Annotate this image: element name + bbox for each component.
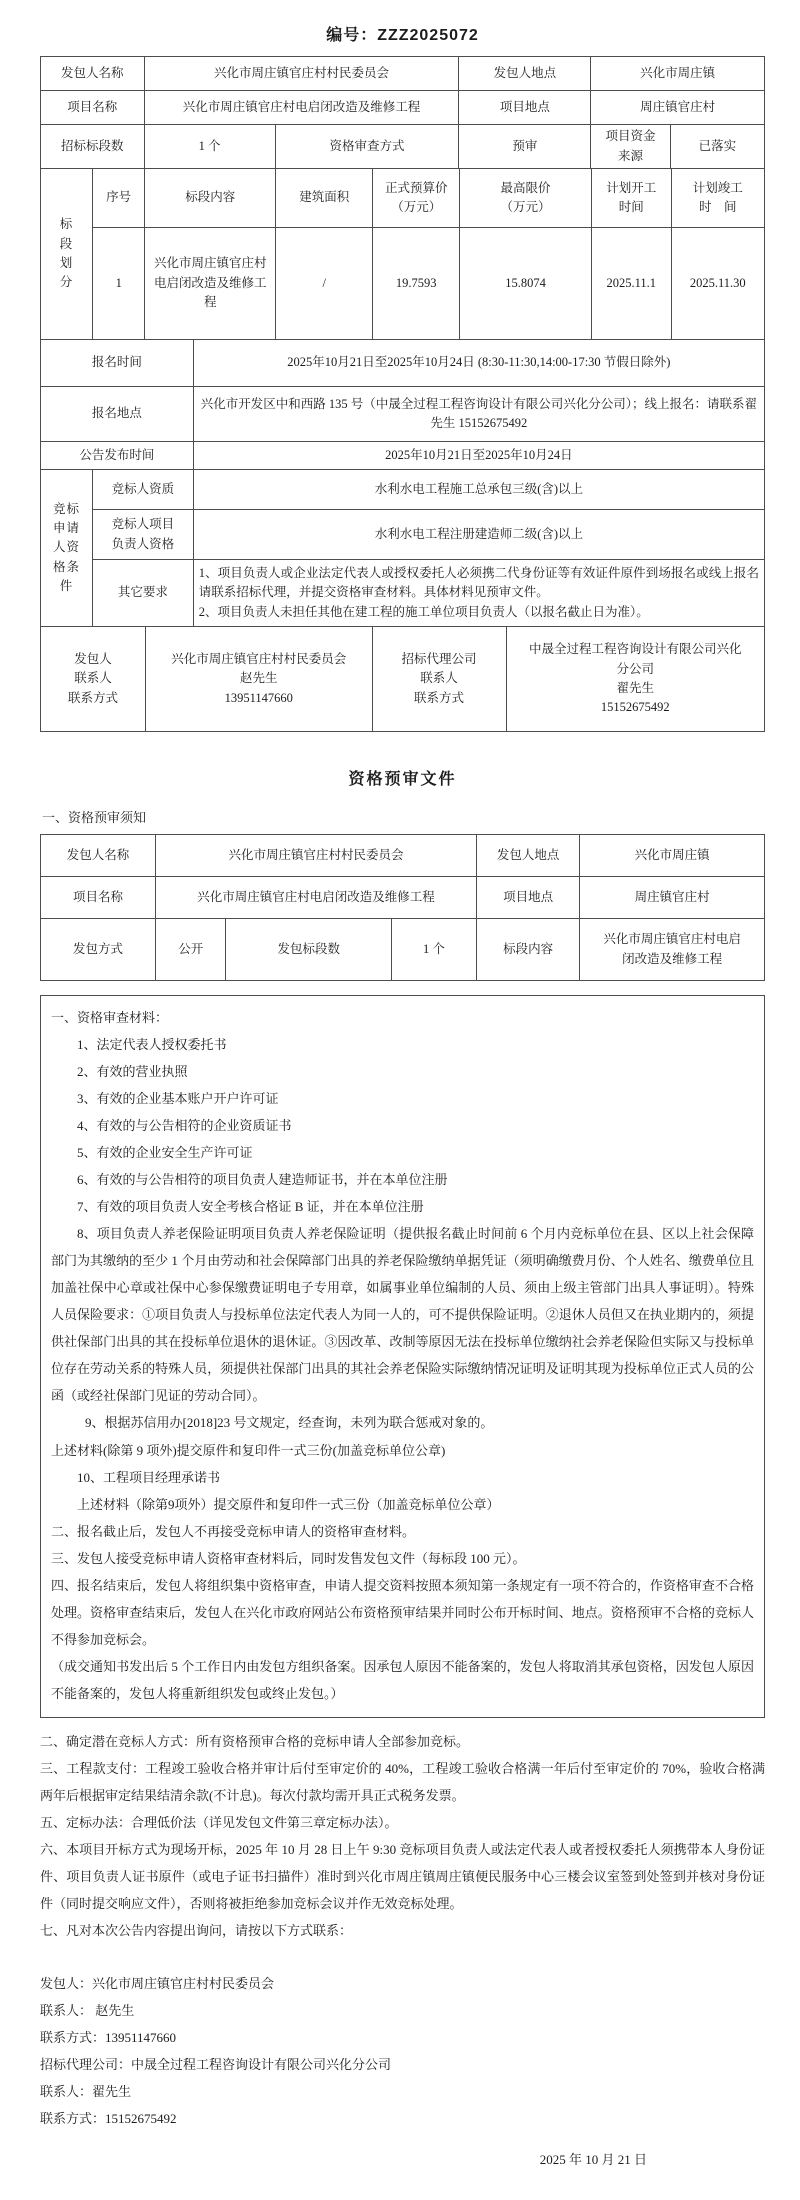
end-date-header: 计划竣工 时 间 bbox=[671, 169, 764, 228]
announcement-table-sections: 标 段 划 分 序号 标段内容 建筑面积 正式预算价 （万元） 最高限价 （万元… bbox=[40, 168, 765, 340]
boxed-line: 5、有效的企业安全生产许可证 bbox=[51, 1139, 754, 1166]
notice-box: 一、资格审查材料： 1、法定代表人授权委托书 2、有效的营业执照 3、有效的企业… bbox=[40, 995, 765, 1718]
prequalification-title: 资格预审文件 bbox=[40, 766, 765, 789]
project-location-value: 周庄镇官庄村 bbox=[580, 877, 765, 919]
boxed-line: 一、资格审查材料： bbox=[51, 1004, 754, 1031]
section-count-value: 1 个 bbox=[144, 125, 275, 169]
contact-line: 联系人：翟先生 bbox=[40, 2078, 765, 2105]
boxed-line: 3、有效的企业基本账户开户许可证 bbox=[51, 1085, 754, 1112]
fund-source-label: 项目资金 来源 bbox=[591, 125, 671, 169]
pm-qualification-value: 水利水电工程注册建造师二级(含)以上 bbox=[193, 510, 764, 560]
bidder-qualification-value: 水利水电工程施工总承包三级(含)以上 bbox=[193, 470, 764, 510]
bidder-qualification-label: 竞标人资质 bbox=[93, 470, 194, 510]
signup-time-label: 报名时间 bbox=[41, 340, 194, 387]
area-value: / bbox=[276, 228, 373, 340]
project-name-label: 项目名称 bbox=[41, 91, 145, 125]
section-count-label: 招标标段数 bbox=[41, 125, 145, 169]
budget-header: 正式预算价 （万元） bbox=[373, 169, 460, 228]
owner-location-label: 发包人地点 bbox=[476, 835, 580, 877]
boxed-line: 上述材料（除第9项外）提交原件和复印件一式三份（加盖竞标单位公章） bbox=[51, 1491, 754, 1518]
doc-number: 编号：ZZZ2025072 bbox=[40, 22, 765, 45]
seq-value: 1 bbox=[93, 228, 145, 340]
other-requirements-label: 其它要求 bbox=[93, 560, 194, 627]
notice-line: 七、凡对本次公告内容提出询问，请按以下方式联系： bbox=[40, 1917, 765, 1944]
agent-contact-value: 中晟全过程工程咨询设计有限公司兴化 分公司 翟先生 15152675492 bbox=[506, 627, 764, 732]
award-section-count-label: 发包标段数 bbox=[226, 919, 392, 981]
qual-method-value: 预审 bbox=[459, 125, 591, 169]
owner-location-value: 兴化市周庄镇 bbox=[580, 835, 765, 877]
seq-header: 序号 bbox=[93, 169, 145, 228]
boxed-line: 二、报名截止后，发包人不再接受竞标申请人的资格审查材料。 bbox=[51, 1518, 754, 1545]
boxed-line: 9、根据苏信用办[2018]23 号文规定，经查询，未列为联合惩戒对象的。 bbox=[51, 1409, 754, 1436]
project-location-label: 项目地点 bbox=[476, 877, 580, 919]
boxed-line: 四、报名结束后，发包人将组织集中资格审查，申请人提交资料按照本须知第一条规定有一… bbox=[51, 1572, 754, 1653]
boxed-line: 10、工程项目经理承诺书 bbox=[51, 1464, 754, 1491]
boxed-line: 2、有效的营业执照 bbox=[51, 1058, 754, 1085]
owner-location-label: 发包人地点 bbox=[459, 57, 591, 91]
boxed-line: （成交通知书发出后 5 个工作日内由发包方组织备案。因承包人原因不能备案的，发包… bbox=[51, 1653, 754, 1707]
qual-method-label: 资格审查方式 bbox=[275, 125, 459, 169]
boxed-line: 三、发包人接受竞标申请人资格审查材料后，同时发售发包文件（每标段 100 元）。 bbox=[51, 1545, 754, 1572]
notice-line: 六、本项目开标方式为现场开标，2025 年 10 月 28 日上午 9:30 竞… bbox=[40, 1836, 765, 1917]
signup-place-label: 报名地点 bbox=[41, 387, 194, 442]
project-location-label: 项目地点 bbox=[459, 91, 591, 125]
notice-line: 三、工程款支付：工程竣工验收合格并审计后付至审定价的 40%，工程竣工验收合格满… bbox=[40, 1755, 765, 1809]
contact-block: 发包人：兴化市周庄镇官庄村村民委员会 联系人： 赵先生 联系方式：1395114… bbox=[40, 1970, 765, 2132]
project-name-value: 兴化市周庄镇官庄村电启闭改造及维修工程 bbox=[144, 91, 459, 125]
boxed-line: 6、有效的与公告相符的项目负责人建造师证书，并在本单位注册 bbox=[51, 1166, 754, 1193]
owner-name-label: 发包人名称 bbox=[41, 835, 156, 877]
agent-contact-label: 招标代理公司 联系人 联系方式 bbox=[372, 627, 506, 732]
announcement-table-basic: 发包人名称 兴化市周庄镇官庄村村民委员会 发包人地点 兴化市周庄镇 项目名称 兴… bbox=[40, 56, 765, 169]
announcement-table-signup: 报名时间 2025年10月21日至2025年10月24日 (8:30-11:30… bbox=[40, 339, 765, 470]
document-page: 编号：ZZZ2025072 发包人名称 兴化市周庄镇官庄村村民委员会 发包人地点… bbox=[0, 0, 800, 2200]
section-division-label: 标 段 划 分 bbox=[41, 169, 93, 340]
content-value: 兴化市周庄镇官庄村电启闭改造及维修工程 bbox=[145, 228, 276, 340]
start-date-header: 计划开工 时间 bbox=[591, 169, 671, 228]
signup-time-value: 2025年10月21日至2025年10月24日 (8:30-11:30,14:0… bbox=[193, 340, 764, 387]
start-date-value: 2025.11.1 bbox=[591, 228, 671, 340]
table-row: 1 兴化市周庄镇官庄村电启闭改造及维修工程 / 19.7593 15.8074 … bbox=[41, 228, 765, 340]
contact-line: 发包人：兴化市周庄镇官庄村村民委员会 bbox=[40, 1970, 765, 1997]
owner-location-value: 兴化市周庄镇 bbox=[591, 57, 765, 91]
project-name-value: 兴化市周庄镇官庄村电启闭改造及维修工程 bbox=[156, 877, 477, 919]
cap-value: 15.8074 bbox=[460, 228, 592, 340]
announcement-table-contacts: 发包人 联系人 联系方式 兴化市周庄镇官庄村村民委员会 赵先生 13951147… bbox=[40, 626, 765, 732]
content-header: 标段内容 bbox=[145, 169, 276, 228]
prequal-notice-heading: 一、资格预审须知 bbox=[42, 807, 765, 826]
pm-qualification-label: 竞标人项目 负责人资格 bbox=[93, 510, 194, 560]
contact-line: 招标代理公司：中晟全过程工程咨询设计有限公司兴化分公司 bbox=[40, 2051, 765, 2078]
section-content-value: 兴化市周庄镇官庄村电启 闭改造及维修工程 bbox=[580, 919, 765, 981]
signup-place-value: 兴化市开发区中和西路 135 号（中晟全过程工程咨询设计有限公司兴化分公司）；线… bbox=[193, 387, 764, 442]
boxed-line: 1、法定代表人授权委托书 bbox=[51, 1031, 754, 1058]
boxed-line: 上述材料(除第 9 项外)提交原件和复印件一式三份(加盖竞标单位公章) bbox=[51, 1437, 754, 1464]
notice-line: 五、定标办法：合理低价法（详见发包文件第三章定标办法）。 bbox=[40, 1809, 765, 1836]
owner-contact-value: 兴化市周庄镇官庄村村民委员会 赵先生 13951147660 bbox=[145, 627, 372, 732]
owner-contact-label: 发包人 联系人 联系方式 bbox=[41, 627, 146, 732]
boxed-line: 4、有效的与公告相符的企业资质证书 bbox=[51, 1112, 754, 1139]
cap-header: 最高限价 （万元） bbox=[460, 169, 592, 228]
boxed-line: 8、项目负责人养老保险证明项目负责人养老保险证明（提供报名截止时间前 6 个月内… bbox=[51, 1220, 754, 1409]
award-method-label: 发包方式 bbox=[41, 919, 156, 981]
area-header: 建筑面积 bbox=[276, 169, 373, 228]
section-content-label: 标段内容 bbox=[476, 919, 580, 981]
bid-applicant-qualification-label: 竞标 申请 人资 格条 件 bbox=[41, 470, 93, 627]
owner-name-value: 兴化市周庄镇官庄村村民委员会 bbox=[144, 57, 459, 91]
owner-name-value: 兴化市周庄镇官庄村村民委员会 bbox=[156, 835, 477, 877]
announcement-table-qualification: 竞标 申请 人资 格条 件 竞标人资质 水利水电工程施工总承包三级(含)以上 竞… bbox=[40, 469, 765, 627]
contact-line: 联系人： 赵先生 bbox=[40, 1997, 765, 2024]
announce-time-label: 公告发布时间 bbox=[41, 442, 194, 470]
project-location-value: 周庄镇官庄村 bbox=[591, 91, 765, 125]
fund-source-value: 已落实 bbox=[670, 125, 764, 169]
boxed-line: 7、有效的项目负责人安全考核合格证 B 证，并在本单位注册 bbox=[51, 1193, 754, 1220]
notice-line: 二、确定潜在竞标人方式：所有资格预审合格的竞标申请人全部参加竞标。 bbox=[40, 1728, 765, 1755]
announcement-date: 2025 年 10 月 21 日 bbox=[40, 2146, 765, 2173]
budget-value: 19.7593 bbox=[373, 228, 460, 340]
other-requirements-value: 1、项目负责人或企业法定代表人或授权委托人必须携二代身份证等有效证件原件到场报名… bbox=[193, 560, 764, 627]
project-name-label: 项目名称 bbox=[41, 877, 156, 919]
announce-time-value: 2025年10月21日至2025年10月24日 bbox=[193, 442, 764, 470]
contact-line: 联系方式：15152675492 bbox=[40, 2105, 765, 2132]
owner-name-label: 发包人名称 bbox=[41, 57, 145, 91]
prequal-table: 发包人名称 兴化市周庄镇官庄村村民委员会 发包人地点 兴化市周庄镇 项目名称 兴… bbox=[40, 834, 765, 981]
award-method-value: 公开 bbox=[156, 919, 226, 981]
award-section-count-value: 1 个 bbox=[392, 919, 477, 981]
contact-line: 联系方式：13951147660 bbox=[40, 2024, 765, 2051]
end-date-value: 2025.11.30 bbox=[671, 228, 764, 340]
